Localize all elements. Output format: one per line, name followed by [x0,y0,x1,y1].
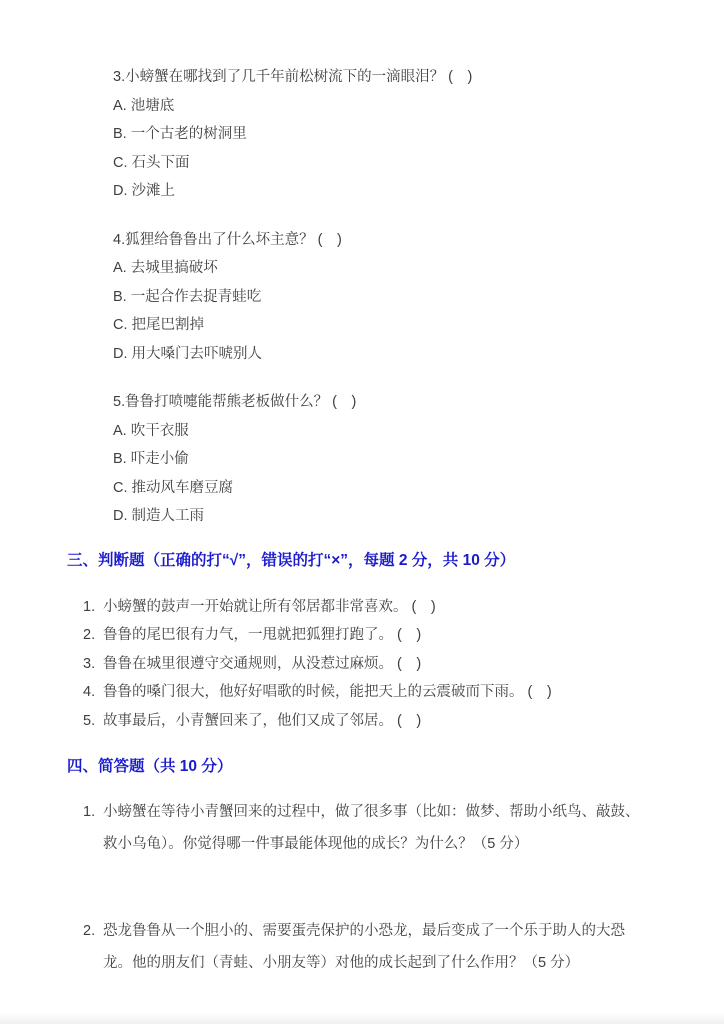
tf-item-5: 5. 故事最后，小青蟹回来了，他们又成了邻居。 ( ) [83,707,724,736]
tf-item-text: 鲁鲁的嗓门很大，他好好唱歌的时候，能把天上的云震破而下雨。 ( ) [103,678,552,707]
mc-option-a: A. 吹干衣服 [113,417,724,446]
mc-option-b: B. 一个古老的树洞里 [113,120,724,149]
mc-option-c: C. 推动风车磨豆腐 [113,474,724,503]
tf-item-text: 故事最后，小青蟹回来了，他们又成了邻居。 ( ) [103,707,421,736]
mc-question-text: 5.鲁鲁打喷嚏能帮熊老板做什么？ ( ) [113,388,724,417]
tf-item-3: 3. 鲁鲁在城里很遵守交通规则，从没惹过麻烦。 ( ) [83,650,724,679]
sa-item-line: 龙。他的朋友们（青蛙、小朋友等）对他的成长起到了什么作用？（5 分） [103,947,625,979]
tf-item-2: 2. 鲁鲁的尾巴很有力气，一甩就把狐狸打跑了。 ( ) [83,621,724,650]
tf-item-number: 1. [83,593,103,622]
sa-item-number: 1. [83,796,103,860]
mc-option-d: D. 用大嗓门去吓唬别人 [113,340,724,369]
exam-page: 3.小螃蟹在哪找到了几千年前松树流下的一滴眼泪？ ( ) A. 池塘底 B. 一… [0,0,724,1024]
mc-option-b: B. 吓走小偷 [113,445,724,474]
mc-question-block-5: 5.鲁鲁打喷嚏能帮熊老板做什么？ ( ) A. 吹干衣服 B. 吓走小偷 C. … [113,388,724,531]
section-title-short-answer: 四、简答题（共 10 分） [67,753,724,781]
tf-item-text: 鲁鲁的尾巴很有力气，一甩就把狐狸打跑了。 ( ) [103,621,421,650]
mc-option-d: D. 沙滩上 [113,177,724,206]
mc-option-c: C. 石头下面 [113,149,724,178]
mc-option-b: B. 一起合作去捉青蛙吃 [113,283,724,312]
tf-item-text: 鲁鲁在城里很遵守交通规则，从没惹过麻烦。 ( ) [103,650,421,679]
tf-item-number: 3. [83,650,103,679]
mc-question-text: 4.狐狸给鲁鲁出了什么坏主意？ ( ) [113,226,724,255]
judge-list: 1. 小螃蟹的鼓声一开始就让所有邻居都非常喜欢。 ( ) 2. 鲁鲁的尾巴很有力… [83,593,724,736]
mc-option-a: A. 去城里搞破坏 [113,254,724,283]
mc-option-c: C. 把尾巴割掉 [113,311,724,340]
sa-question-1: 1. 小螃蟹在等待小青蟹回来的过程中，做了很多事（比如：做梦、帮助小纸鸟、敲鼓、… [83,796,724,860]
tf-item-1: 1. 小螃蟹的鼓声一开始就让所有邻居都非常喜欢。 ( ) [83,593,724,622]
section-title-judge: 三、判断题（正确的打“√”，错误的打“×”，每题 2 分，共 10 分） [67,547,724,575]
tf-item-number: 5. [83,707,103,736]
sa-item-text: 恐龙鲁鲁从一个胆小的、需要蛋壳保护的小恐龙，最后变成了一个乐于助人的大恐 龙。他… [103,915,625,979]
mc-question-block-3: 3.小螃蟹在哪找到了几千年前松树流下的一滴眼泪？ ( ) A. 池塘底 B. 一… [113,63,724,206]
mc-question-block-4: 4.狐狸给鲁鲁出了什么坏主意？ ( ) A. 去城里搞破坏 B. 一起合作去捉青… [113,226,724,369]
sa-item-line: 救小乌龟）。你觉得哪一件事最能体现他的成长？为什么？（5 分） [103,828,640,860]
tf-item-number: 4. [83,678,103,707]
tf-item-number: 2. [83,621,103,650]
page-bottom-shadow [0,1012,724,1024]
mc-question-text: 3.小螃蟹在哪找到了几千年前松树流下的一滴眼泪？ ( ) [113,63,724,92]
mc-option-a: A. 池塘底 [113,92,724,121]
tf-item-4: 4. 鲁鲁的嗓门很大，他好好唱歌的时候，能把天上的云震破而下雨。 ( ) [83,678,724,707]
sa-item-line: 恐龙鲁鲁从一个胆小的、需要蛋壳保护的小恐龙，最后变成了一个乐于助人的大恐 [103,915,625,947]
sa-item-number: 2. [83,915,103,979]
sa-item-line: 小螃蟹在等待小青蟹回来的过程中，做了很多事（比如：做梦、帮助小纸鸟、敲鼓、 [103,796,640,828]
tf-item-text: 小螃蟹的鼓声一开始就让所有邻居都非常喜欢。 ( ) [103,593,436,622]
sa-question-2: 2. 恐龙鲁鲁从一个胆小的、需要蛋壳保护的小恐龙，最后变成了一个乐于助人的大恐 … [83,915,724,979]
sa-item-text: 小螃蟹在等待小青蟹回来的过程中，做了很多事（比如：做梦、帮助小纸鸟、敲鼓、 救小… [103,796,640,860]
mc-option-d: D. 制造人工雨 [113,502,724,531]
multiple-choice-section: 3.小螃蟹在哪找到了几千年前松树流下的一滴眼泪？ ( ) A. 池塘底 B. 一… [0,63,724,531]
